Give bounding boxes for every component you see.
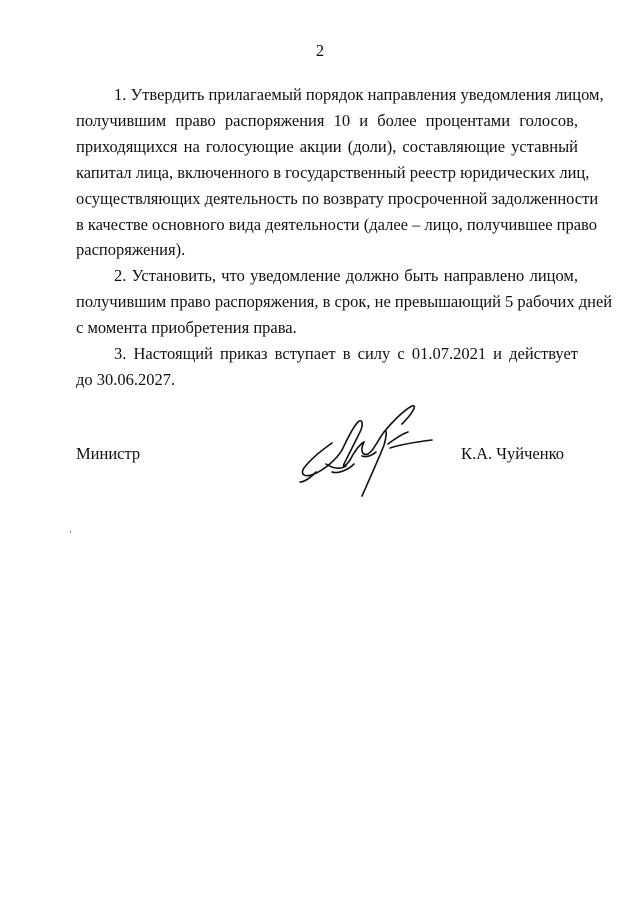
text-line: приходящихся на голосующие акции (доли),… — [76, 134, 578, 160]
text-line: распоряжения). — [76, 237, 578, 263]
signature-icon — [292, 398, 442, 508]
text-line: 2. Установить, что уведомление должно бы… — [76, 263, 578, 289]
signer-title: Министр — [76, 444, 140, 464]
text-line: получившим право распоряжения 10 и более… — [76, 108, 578, 134]
text-line: капитал лица, включенного в государствен… — [76, 160, 578, 186]
text-line: в качестве основного вида деятельности (… — [76, 212, 578, 238]
paragraph-1: 1. Утвердить прилагаемый порядок направл… — [76, 82, 578, 263]
text-line: до 30.06.2027. — [76, 367, 578, 393]
scan-artifact — [70, 530, 71, 533]
text-line: осуществляющих деятельность по возврату … — [76, 186, 578, 212]
page-number: 2 — [0, 41, 640, 61]
paragraph-3: 3. Настоящий приказ вступает в силу с 01… — [76, 341, 578, 393]
paragraph-2: 2. Установить, что уведомление должно бы… — [76, 263, 578, 341]
text-line: 3. Настоящий приказ вступает в силу с 01… — [76, 341, 578, 367]
document-body: 1. Утвердить прилагаемый порядок направл… — [76, 82, 578, 393]
text-line: 1. Утвердить прилагаемый порядок направл… — [76, 82, 578, 108]
text-line: получившим право распоряжения, в срок, н… — [76, 289, 578, 315]
text-line: с момента приобретения права. — [76, 315, 578, 341]
signer-name: К.А. Чуйченко — [461, 444, 564, 464]
